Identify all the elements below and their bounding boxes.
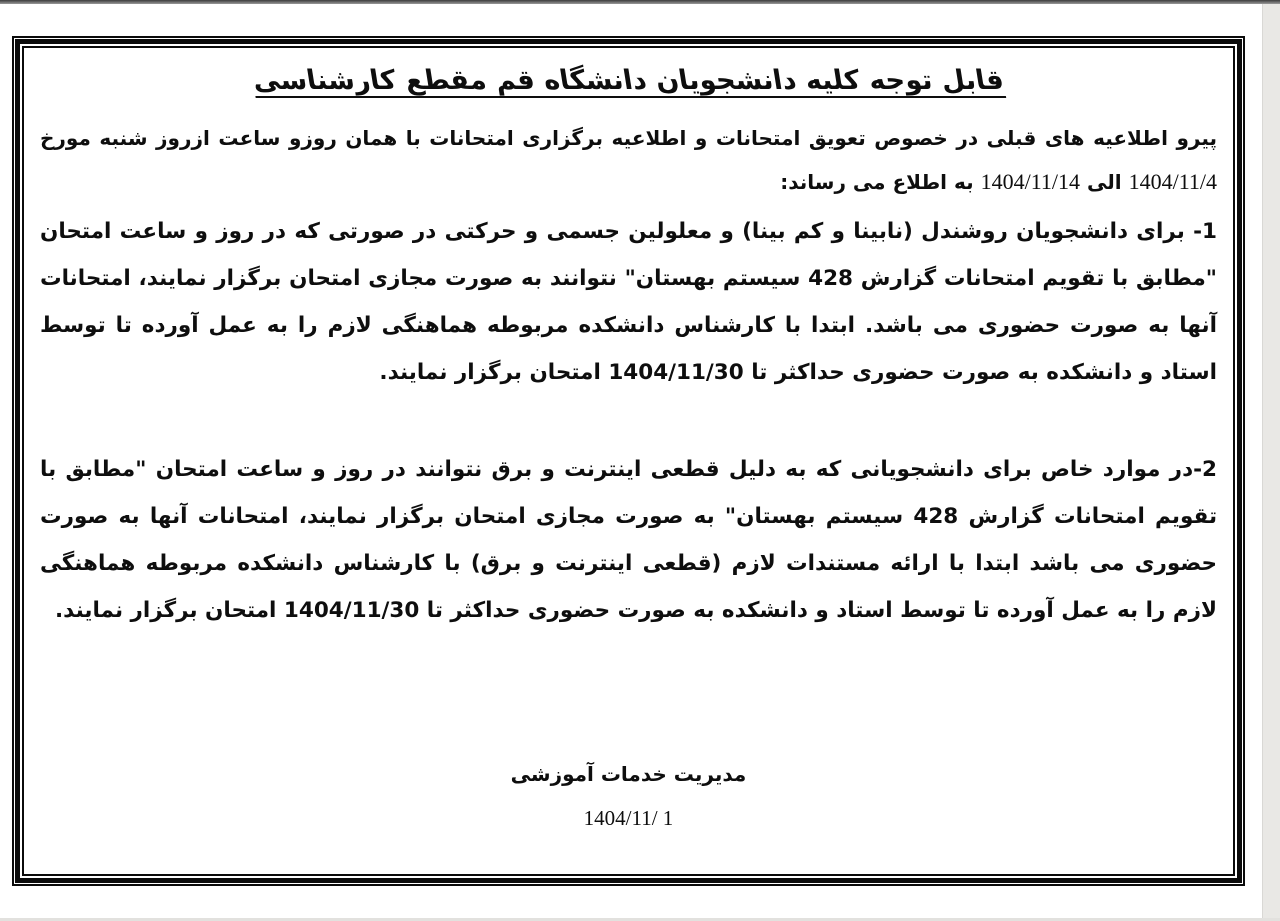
scanned-notice-page: { "page": { "title": "قابل توجه کلیه دان… bbox=[0, 0, 1280, 921]
document-border: قابل توجه کلیه دانشجویان دانشگاه قم مقطع… bbox=[12, 36, 1245, 886]
document-border-middle: قابل توجه کلیه دانشجویان دانشگاه قم مقطع… bbox=[15, 39, 1242, 883]
notice-title-text: قابل توجه کلیه دانشجویان دانشگاه قم مقطع… bbox=[250, 62, 1007, 100]
intro-paragraph: پیرو اطلاعیه های قبلی در خصوص تعویق امتح… bbox=[40, 116, 1217, 204]
scan-edge-right bbox=[1262, 4, 1280, 921]
notice-date: 1404/11/ 1 bbox=[36, 806, 1221, 831]
notice-item-2: 2-در موارد خاص برای دانشجویانی که به دلی… bbox=[40, 446, 1217, 634]
intro-text-before: پیرو اطلاعیه های قبلی در خصوص تعویق امتح… bbox=[40, 126, 1217, 150]
intro-conjunction: الی bbox=[1087, 170, 1122, 194]
document-content-area: قابل توجه کلیه دانشجویان دانشگاه قم مقطع… bbox=[22, 46, 1235, 876]
intro-date-from: 1404/11/4 bbox=[1129, 169, 1217, 194]
notice-item-1: 1- برای دانشجویان روشندل (نابینا و کم بی… bbox=[40, 208, 1217, 396]
scan-edge-top bbox=[0, 0, 1280, 4]
notice-title: قابل توجه کلیه دانشجویان دانشگاه قم مقطع… bbox=[36, 62, 1221, 100]
signature-line: مدیریت خدمات آموزشی bbox=[36, 762, 1221, 786]
intro-text-after: به اطلاع می رساند: bbox=[780, 170, 973, 194]
intro-date-to: 1404/11/14 bbox=[981, 169, 1080, 194]
